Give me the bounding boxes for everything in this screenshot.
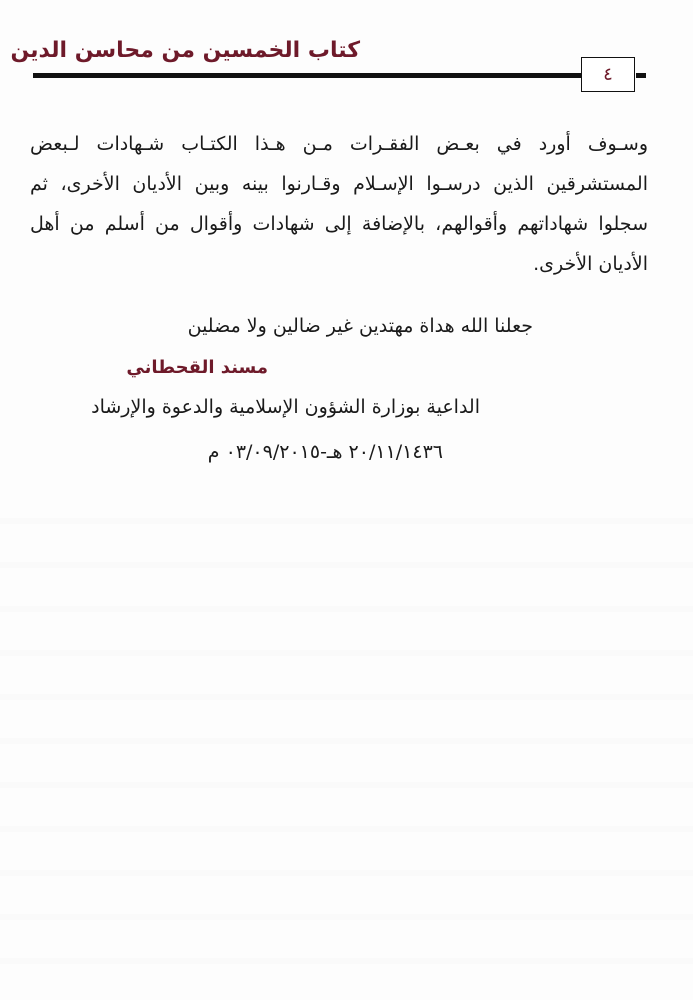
page-number-box: ٤	[581, 57, 635, 92]
book-page: كتاب الخمسين من محاسن الدين ٤ وسـوف أورد…	[0, 0, 693, 1000]
paragraph-line: وسـوف أورد في بعـض الفقـرات مـن هـذا الك…	[30, 124, 648, 164]
header-rule-stub	[636, 73, 646, 78]
author-signature-name: مسند القحطاني	[126, 354, 268, 382]
paper-bleed-through	[0, 480, 693, 1000]
author-affiliation: الداعية بوزارة الشؤون الإسلامية والدعوة …	[91, 392, 480, 422]
page-number: ٤	[603, 64, 613, 85]
body-paragraph: وسـوف أورد في بعـض الفقـرات مـن هـذا الك…	[30, 124, 648, 284]
running-header-title: كتاب الخمسين من محاسن الدين	[30, 36, 360, 66]
closing-prayer: جعلنا الله هداة مهتدين غير ضالين ولا مضل…	[188, 311, 533, 341]
signature-date: ٢٠/١١/١٤٣٦ هـ-٠٣/٠٩/٢٠١٥ م	[208, 437, 443, 467]
header-rule	[33, 73, 582, 78]
paragraph-line: سجلوا شهاداتهم وأقوالهم، بالإضافة إلى شه…	[30, 204, 648, 244]
paragraph-line: الأديان الأخرى.	[30, 244, 648, 284]
paragraph-line: المستشرقين الذين درسـوا الإسـلام وقـارنو…	[30, 164, 648, 204]
book-title: كتاب الخمسين من محاسن الدين	[10, 36, 360, 66]
